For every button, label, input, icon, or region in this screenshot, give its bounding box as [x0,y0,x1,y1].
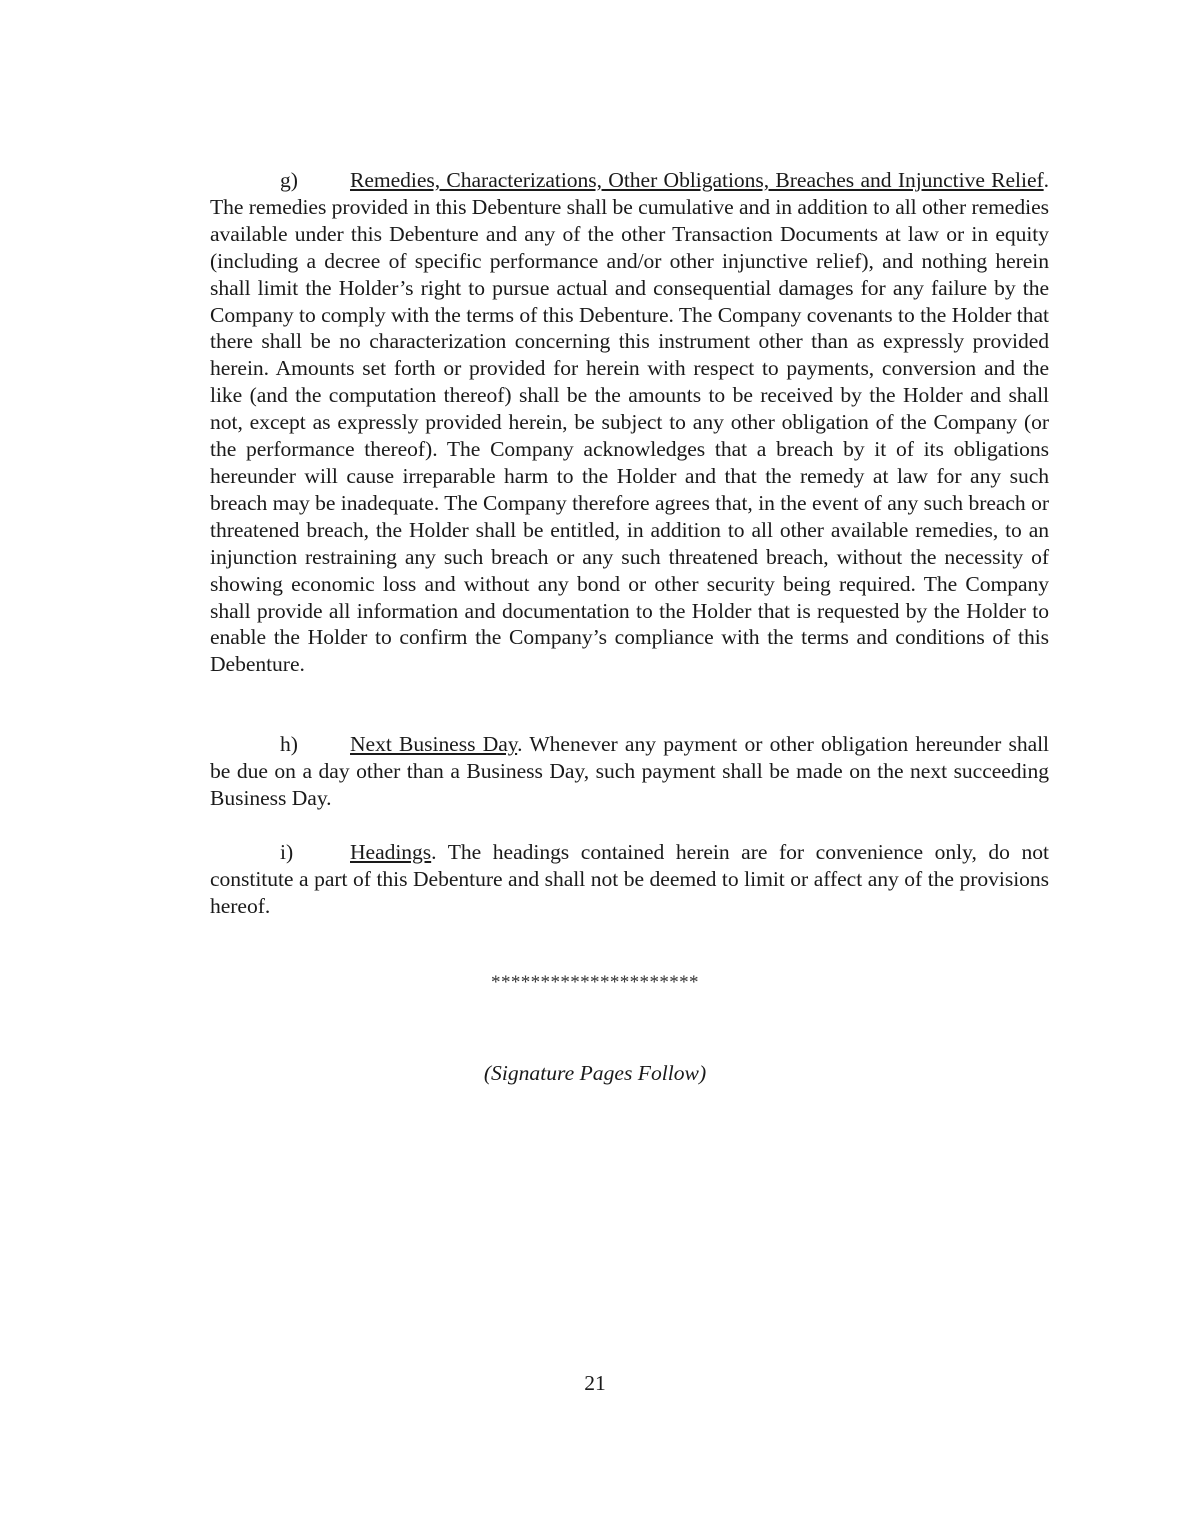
document-page: g)Remedies, Characterizations, Other Obl… [0,0,1190,1540]
section-g-heading: Remedies, Characterizations, Other Oblig… [350,168,1044,192]
section-h-label: h) [280,731,350,758]
section-h-paragraph: h)Next Business Day. Whenever any paymen… [210,731,1049,812]
section-g-text: . The remedies provided in this Debentur… [210,168,1049,676]
section-h-heading: Next Business Day [350,732,517,756]
page-number: 21 [0,1371,1190,1396]
section-g-paragraph: g)Remedies, Characterizations, Other Obl… [210,167,1049,678]
section-i-heading: Headings [350,840,431,864]
section-i-paragraph: i)Headings. The headings contained herei… [210,839,1049,920]
asterisk-separator: ********************* [0,972,1190,994]
section-i-label: i) [280,839,350,866]
signature-pages-note: (Signature Pages Follow) [0,1061,1190,1086]
section-g-label: g) [280,167,350,194]
